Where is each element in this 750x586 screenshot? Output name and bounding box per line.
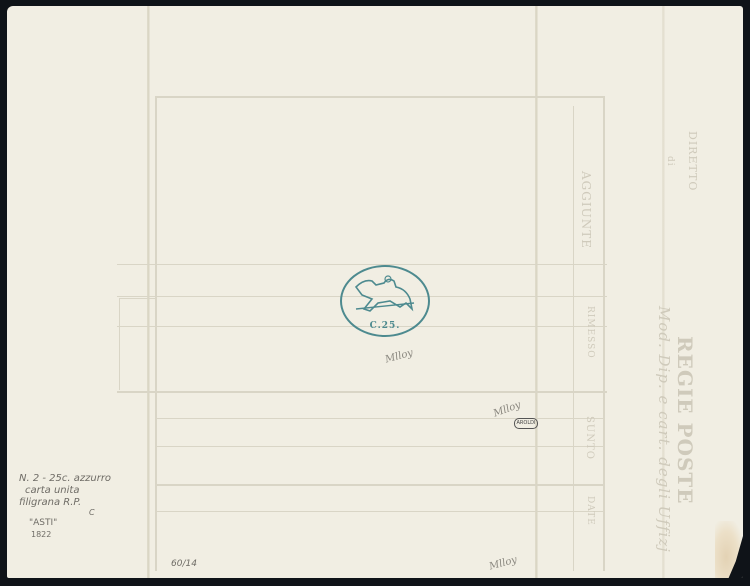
bottom-pencil-note: 60/14 [171,558,197,570]
form-frame-left [155,96,157,571]
faint-column-4: DATE [585,496,595,526]
form-frame-right [603,96,605,571]
form-rule [117,391,607,393]
fold-line-middle [535,6,538,578]
pencil-note-line: carta unita [19,485,111,497]
small-expert-mark: AROLDI [514,418,538,429]
form-frame-top [155,96,605,98]
horse-rider-icon [350,273,418,317]
faint-column-3: SUNTO [584,416,595,460]
pencil-note-line: N. 2 - 25c. azzurro [19,473,111,485]
faint-column-2: RIMESSO [585,306,595,359]
embossed-postage-stamp: C.25. [340,265,430,337]
pencil-note-line: "ASTI" [19,517,111,529]
pencil-note-line: filigrana R.P. [19,497,111,509]
stamp-denomination: C.25. [342,321,428,331]
pencil-note-text: filigrana R.P. [19,497,81,508]
signature-bottom-right: Mlloy [488,555,518,573]
faint-header-text: REGIE POSTE [673,336,697,505]
letter-sheet: REGIE POSTE Mod. Dip. e cart. degli Uffi… [7,6,743,578]
form-col-divider [573,106,574,571]
left-box-left [119,298,120,390]
form-rule [155,511,605,512]
form-rule [117,264,607,265]
signature-middle-right: Mlloy [492,399,522,419]
faint-top-text: DIRETTO [686,131,699,191]
faint-column-1: AGGIUNTE [579,171,593,249]
form-rule [155,446,605,447]
pencil-note-line: 1822 [19,529,111,541]
form-rule [155,418,605,419]
signature-near-stamp: Mlloy [384,348,414,366]
left-box-top [119,298,155,299]
faint-top-sub-text: di [665,156,675,167]
form-rule [155,484,605,486]
pencil-note-line: C [19,509,111,517]
faint-subheader-text: Mod. Dip. e cart. degli Uffizj [655,306,673,553]
pencil-note: N. 2 - 25c. azzurro carta unita filigran… [19,473,111,541]
fold-line-left [147,6,150,578]
